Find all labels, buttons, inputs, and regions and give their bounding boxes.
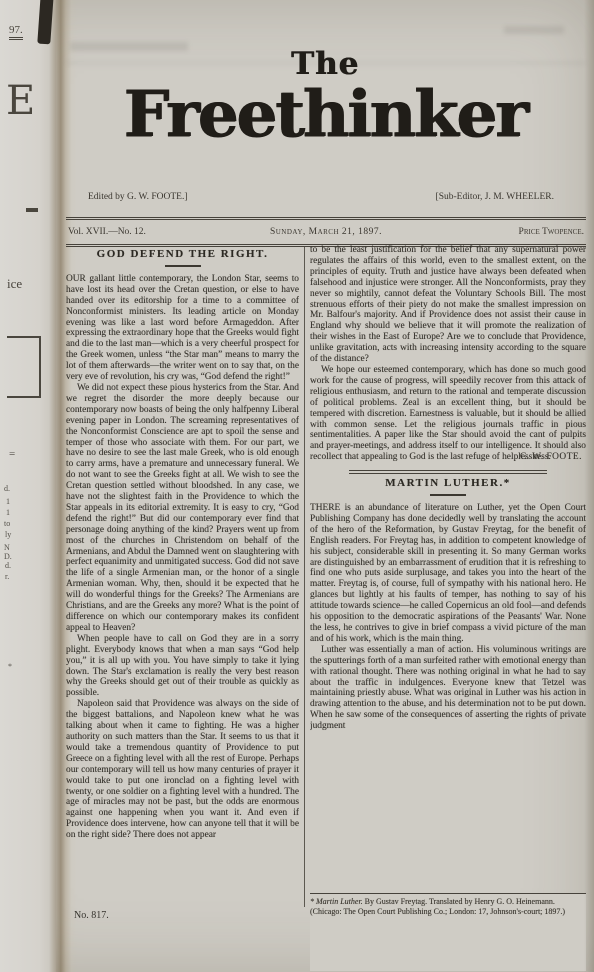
issue-date: Sunday, March 21, 1897. — [240, 227, 412, 237]
article-paragraph: THERE is an abundance of literature on L… — [310, 503, 586, 645]
prev-page-rule-fragment: = — [9, 448, 15, 460]
previous-page-edge: 97. E ice = d. 1 1 to ly N D. d. r. * — [0, 0, 56, 972]
prev-page-text-fragment: * — [8, 662, 12, 671]
prev-page-text-fragment: N — [4, 543, 10, 552]
title-rule — [430, 494, 466, 496]
date-bar: Vol. XVII.—No. 12. Sunday, March 21, 189… — [66, 217, 586, 247]
article-columns: GOD DEFEND THE RIGHT. OUR gallant little… — [66, 245, 586, 971]
masthead: The Freethinker — [66, 48, 584, 148]
page-number: No. 817. — [74, 910, 109, 921]
prev-page-number-fragment: 97. — [9, 24, 23, 40]
prev-page-letter-fragment: E — [6, 78, 35, 124]
footnote-text: * Martin Luther. By Gustav Freytag. Tran… — [310, 897, 586, 916]
newspaper-page-scan: 97. E ice = d. 1 1 to ly N D. d. r. * Th… — [0, 0, 594, 972]
price: Price Twopence. — [412, 227, 586, 237]
prev-page-text-fragment: d. — [5, 561, 11, 570]
prev-page-text-fragment: r. — [5, 572, 9, 581]
column-divider-rule — [304, 247, 305, 907]
prev-page-word-fragment: ice — [7, 276, 22, 292]
prev-page-text-fragment: ly — [5, 530, 11, 539]
article-paragraph: We did not expect these pious hysterics … — [66, 383, 299, 634]
footnote-title: * Martin Luther. — [310, 897, 363, 906]
prev-page-text-fragment: to — [4, 519, 10, 528]
masthead-the: The — [66, 48, 584, 80]
page-right-edge-shadow — [584, 0, 594, 972]
article-separator-rule — [349, 470, 548, 474]
editor-left: Edited by G. W. FOOTE.] — [88, 192, 187, 202]
footnote-block: * Martin Luther. By Gustav Freytag. Tran… — [310, 893, 586, 971]
prev-page-box-fragment — [7, 336, 41, 398]
article-paragraph: Luther was essentially a man of action. … — [310, 645, 586, 732]
masthead-title: Freethinker — [66, 82, 584, 148]
page-content: The Freethinker Edited by G. W. FOOTE.] … — [66, 0, 594, 972]
prev-page-text-fragment: d. — [4, 484, 10, 493]
article-title-god-defend: GOD DEFEND THE RIGHT. — [66, 249, 299, 260]
show-through-smudge — [504, 26, 564, 34]
editor-line: Edited by G. W. FOOTE.] [Sub-Editor, J. … — [88, 192, 554, 202]
footnote-rule — [310, 893, 586, 894]
article-paragraph: to be the least justification for the be… — [310, 245, 586, 365]
article-paragraph: OUR gallant little contemporary, the Lon… — [66, 274, 299, 383]
prev-page-text-fragment: 1 — [6, 508, 10, 517]
right-column: to be the least justification for the be… — [310, 245, 586, 971]
title-rule — [165, 265, 201, 267]
article-paragraph: Napoleon said that Providence was always… — [66, 699, 299, 841]
prev-page-text-fragment: 1 — [6, 497, 10, 506]
article-title-martin-luther: MARTIN LUTHER.* — [310, 478, 586, 489]
volume-number: Vol. XVII.—No. 12. — [66, 227, 240, 237]
prev-page-text-fragment: D. — [4, 552, 12, 561]
prev-page-dash-fragment — [26, 208, 38, 212]
editor-right: [Sub-Editor, J. M. WHEELER. — [436, 192, 554, 202]
article-paragraph: We hope our esteemed contemporary, which… — [310, 365, 586, 463]
left-column: GOD DEFEND THE RIGHT. OUR gallant little… — [66, 245, 299, 907]
article-paragraph: When people have to call on God they are… — [66, 634, 299, 699]
